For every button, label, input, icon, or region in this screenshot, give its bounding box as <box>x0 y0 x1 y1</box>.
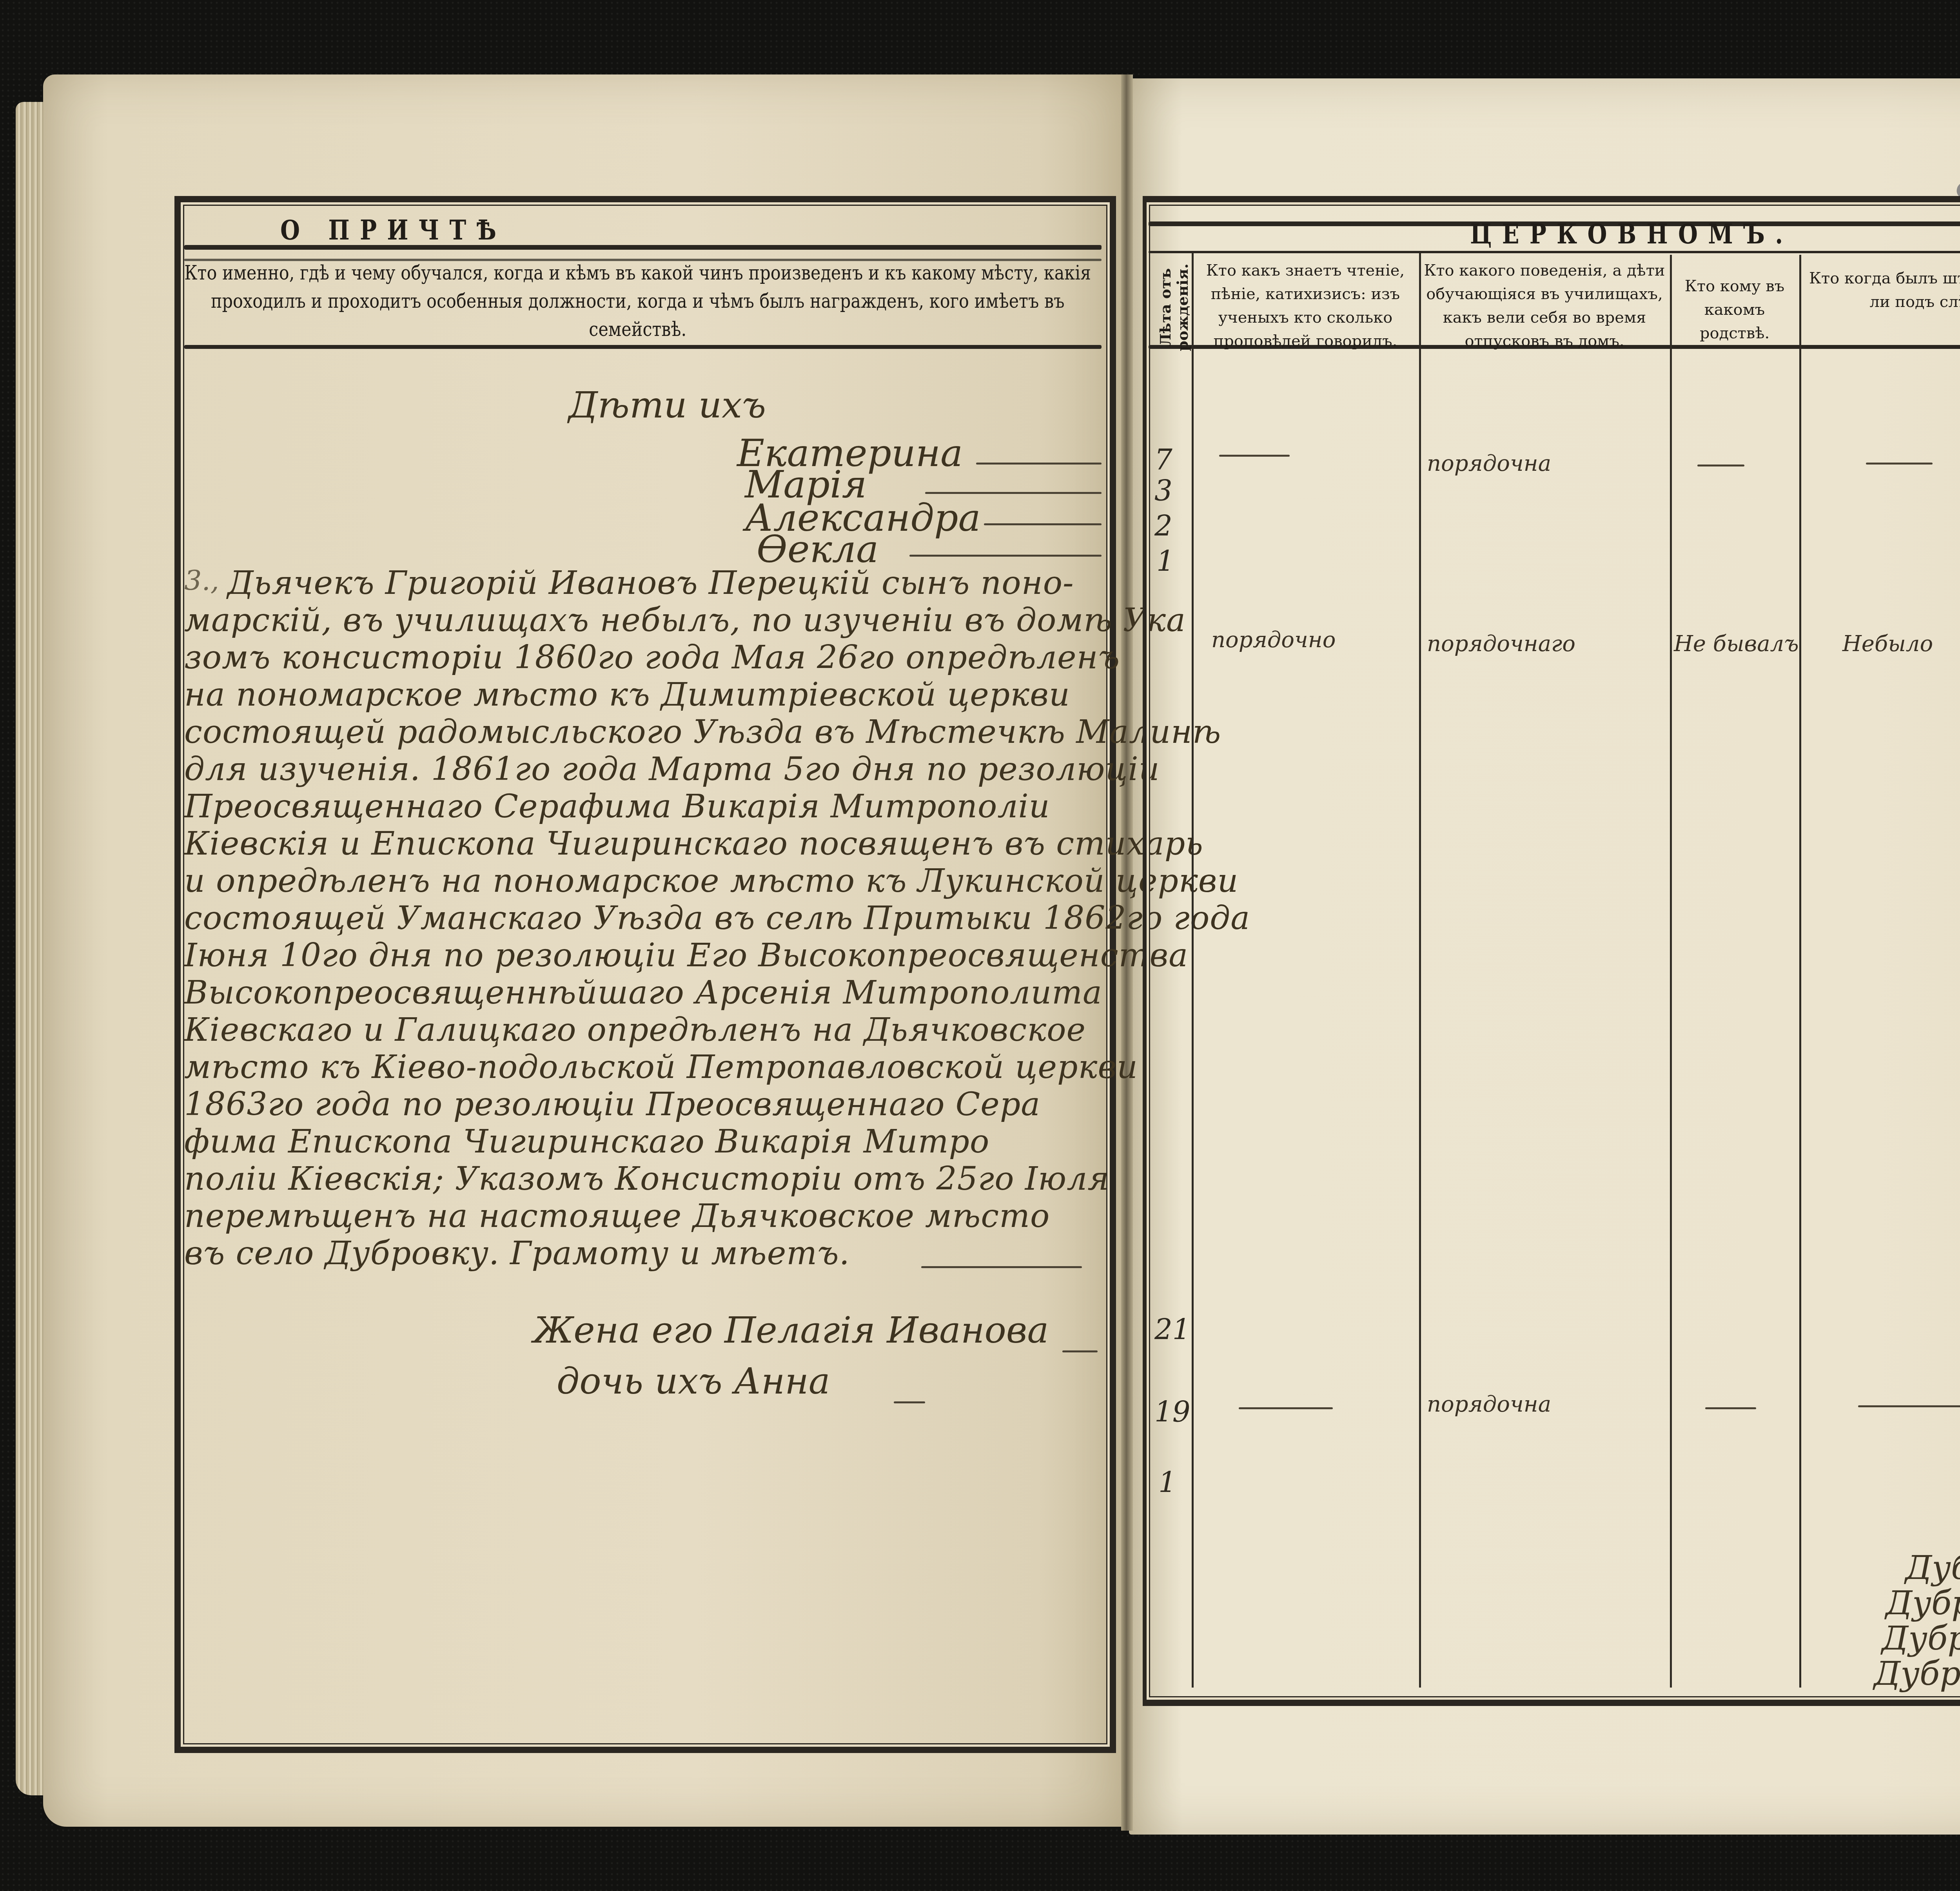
daughter-line: дочь ихъ Анна <box>557 1360 830 1402</box>
wife-line: Жена его Пелагія Иванова <box>533 1309 1049 1351</box>
entry-line: въ село Дубровку. Грамоту и мѣетъ. <box>184 1235 850 1272</box>
behavior-cell: порядочна <box>1427 451 1551 476</box>
kinship-dash <box>1705 1407 1756 1409</box>
behavior-cell: порядочна <box>1427 1392 1551 1417</box>
age-cell: 19 <box>1154 1396 1191 1428</box>
column-divider <box>1670 255 1672 1688</box>
entry-line: фима Епископа Чигиринскаго Викарія Митро <box>184 1123 989 1160</box>
entry-line: состоящей радомысльского Уѣзда въ Мѣстеч… <box>184 713 1221 751</box>
left-subtitle-rule <box>184 259 1102 261</box>
column-divider <box>1799 255 1801 1688</box>
entry-line: Дьячекъ Григорій Ивановъ Перецкій сынъ п… <box>227 564 1074 602</box>
column-divider <box>1192 253 1194 1688</box>
ditto-dash <box>976 463 1102 465</box>
signature-line: Дубровки <box>1882 1619 1960 1657</box>
left-header-rule <box>184 345 1102 349</box>
entry-line: состоящей Уманскаго Уѣзда въ селѣ Притык… <box>184 900 1250 937</box>
right-subtitle-rule <box>1149 251 1960 253</box>
entry-line: Кіевскія и Епископа Чигиринскаго посвяще… <box>184 825 1203 862</box>
column-header-penalty: Кто когда былъ штрафованъ или не состоит… <box>1803 267 1960 314</box>
column-header-behavior: Кто какого поведенія, а дѣти обучающіяся… <box>1423 259 1666 353</box>
children-heading: Дѣти ихъ <box>568 384 766 426</box>
entry-line: зомъ консисторіи 1860го года Мая 26го оп… <box>184 639 1120 676</box>
age-cell: 2 <box>1154 510 1172 543</box>
signature-line: Дубровки <box>1905 1548 1960 1587</box>
entry-line: перемѣщенъ на настоящее Дьячковское мѣст… <box>184 1198 1050 1235</box>
left-page-title: О ПРИЧТѢ <box>280 214 506 246</box>
age-cell: 7 <box>1154 443 1172 476</box>
age-cell: 1 <box>1158 1466 1176 1499</box>
right-table-frame <box>1143 196 1960 1706</box>
column-header-kinship: Кто кому въ какомъ родствѣ. <box>1674 274 1795 345</box>
signature-line: Дубровка <box>1874 1654 1960 1693</box>
age-cell: 21 <box>1154 1313 1191 1346</box>
column-divider <box>1419 253 1421 1688</box>
entry-line: Іюня 10го дня по резолюціи Его Высокопре… <box>184 937 1188 974</box>
ditto-dash <box>894 1401 925 1403</box>
reading-dash <box>1239 1407 1333 1409</box>
entry-line: Высокопреосвященнѣйшаго Арсенія Митропол… <box>184 974 1102 1011</box>
entry-number-mark: 3., <box>184 564 219 597</box>
ditto-dash <box>921 1266 1082 1268</box>
ditto-dash <box>1062 1350 1098 1352</box>
column-header-age: Лѣта отъ рожденія. <box>1151 255 1194 345</box>
entry-line: марскій, въ училищахъ небылъ, по изучені… <box>184 602 1186 639</box>
kinship-dash <box>1697 465 1744 466</box>
reading-cell: порядочно <box>1211 627 1336 653</box>
ditto-dash <box>925 492 1102 494</box>
kinship-cell: Не бывалъ <box>1674 631 1799 657</box>
ditto-dash <box>984 523 1102 525</box>
entry-line: Преосвященнаго Серафима Викарія Митропол… <box>184 788 1050 825</box>
age-cell: 3 <box>1154 474 1172 507</box>
ditto-dash <box>909 555 1102 557</box>
age-cell: 1 <box>1156 545 1174 578</box>
entry-line: 1863го года по резолюціи Преосвященнаго … <box>184 1086 1040 1123</box>
column-header-reading: Кто какъ знаетъ чтеніе, пѣніе, катихизис… <box>1196 259 1415 353</box>
entry-line: мѣсто къ Кіево-подольской Петропавловско… <box>184 1049 1138 1086</box>
entry-line: Кіевскаго и Галицкаго опредѣленъ на Дьяч… <box>184 1011 1086 1049</box>
right-page-title: ЦЕРКОВНОМЪ. <box>1470 218 1793 250</box>
entry-line: и опредѣленъ на пономарское мѣсто къ Лук… <box>184 862 1238 900</box>
entry-line: для изученія. 1861го года Марта 5го дня … <box>184 751 1160 788</box>
penalty-cell: Небыло <box>1842 631 1933 657</box>
penalty-dash <box>1866 463 1933 465</box>
behavior-cell: порядочнаго <box>1427 631 1575 657</box>
reading-dash <box>1219 455 1290 457</box>
penalty-dash <box>1858 1405 1960 1407</box>
left-column-header: Кто именно, гдѣ и чему обучался, когда и… <box>184 259 1091 343</box>
entry-line: поліи Кіевскія; Указомъ Консисторіи отъ … <box>184 1160 1109 1198</box>
entry-line: на пономарское мѣсто къ Димитріевской це… <box>184 676 1070 713</box>
signature-line: Дубровки <box>1886 1584 1960 1622</box>
